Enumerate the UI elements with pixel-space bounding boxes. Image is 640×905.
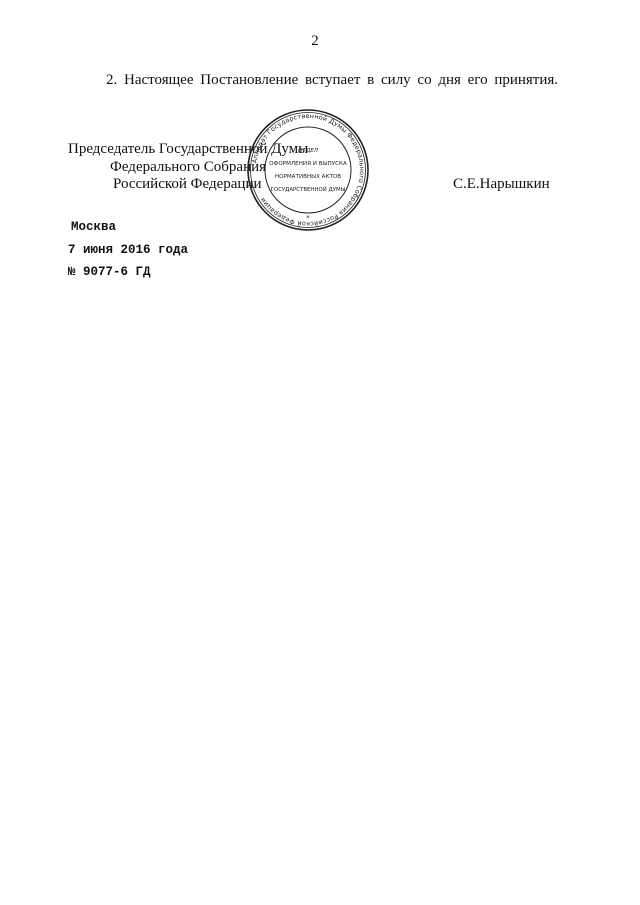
stamp-inner-line-3: НОРМАТИВНЫХ АКТОВ [275, 174, 341, 180]
stamp-seal-icon: Аппарат Государственной Думы Федеральног… [246, 108, 370, 232]
official-stamp: Аппарат Государственной Думы Федеральног… [246, 108, 370, 232]
signer-name: С.Е.Нарышкин [453, 176, 550, 193]
document-page: 2 2. Настоящее Постановление вступает в … [0, 0, 640, 905]
stamp-inner-line-1: ОТДЕЛ [298, 148, 319, 154]
signatory-title-line-3: Российской Федерации [113, 176, 262, 193]
signatory-title-line-2: Федерального Собрания [110, 159, 266, 176]
issue-date: 7 июня 2016 года [68, 243, 188, 257]
stamp-star: * [306, 214, 310, 222]
stamp-inner-line-4: ГОСУДАРСТВЕННОЙ ДУМЫ [271, 186, 346, 193]
document-number: № 9077-6 ГД [68, 265, 151, 279]
stamp-inner-line-2: ОФОРМЛЕНИЯ И ВЫПУСКА [269, 161, 347, 167]
resolution-paragraph: 2. Настоящее Постановление вступает в си… [106, 72, 558, 89]
issue-city: Москва [71, 220, 116, 234]
page-number: 2 [0, 33, 630, 50]
